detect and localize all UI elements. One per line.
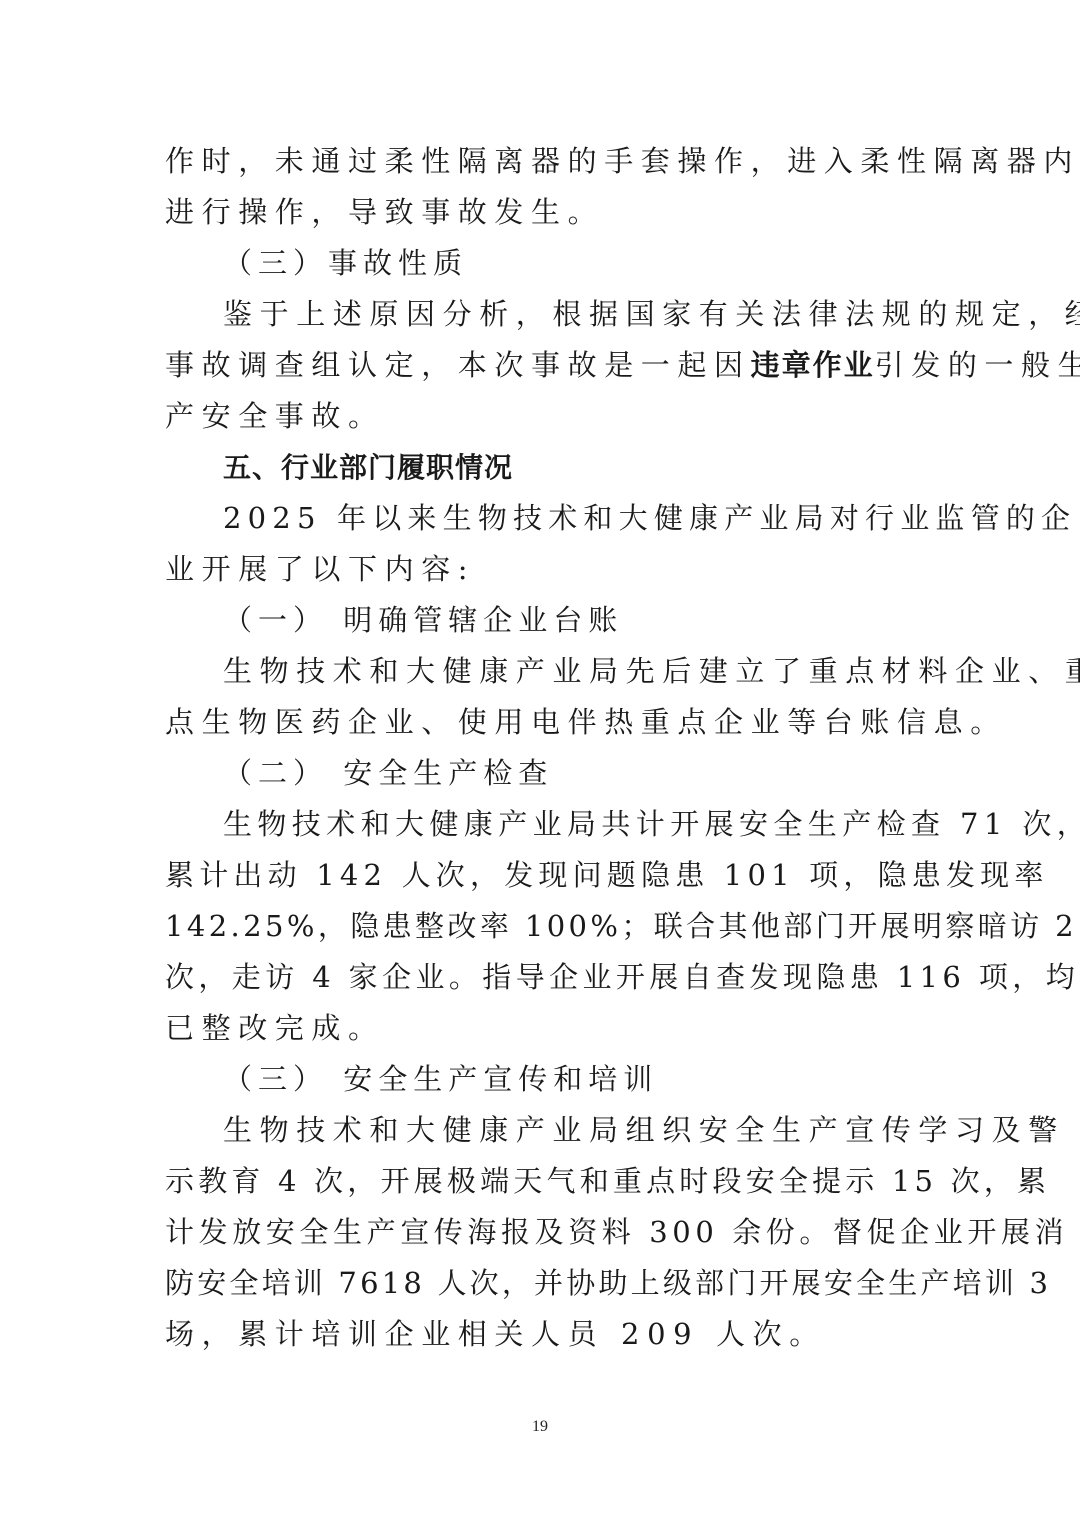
body-text-line: 进行操作，导致事故发生。 [165,187,917,238]
body-text-line: 场，累计培训企业相关人员 209 人次。 [165,1309,917,1360]
body-text-line: 鉴于上述原因分析，根据国家有关法律法规的规定，经 [165,289,917,340]
body-text-line: 产安全事故。 [165,391,917,442]
body-text-line: 防安全培训 7618 人次，并协助上级部门开展安全生产培训 3 [165,1258,917,1309]
body-text-line: 作时，未通过柔性隔离器的手套操作，进入柔性隔离器内部 [165,136,917,187]
document-page: 作时，未通过柔性隔离器的手套操作，进入柔性隔离器内部 进行操作，导致事故发生。 … [165,136,917,1360]
body-text-line: 次，走访 4 家企业。指导企业开展自查发现隐患 116 项，均 [165,952,917,1003]
subsection-heading-ledger: （一） 明确管辖企业台账 [165,595,917,646]
body-text-line: 业开展了以下内容: [165,544,917,595]
body-text-segment: 引发的一般生 [875,348,1080,382]
section-heading: 五、行业部门履职情况 [165,442,917,493]
body-text-line: 点生物医药企业、使用电伴热重点企业等台账信息。 [165,697,917,748]
body-text-line-with-emphasis: 事故调查组认定，本次事故是一起因违章作业引发的一般生 [165,340,917,391]
page-number: 19 [0,1418,1080,1436]
body-text-line: 142.25%，隐患整改率 100%；联合其他部门开展明察暗访 2 [165,901,917,952]
body-text-line: 累计出动 142 人次，发现问题隐患 101 项，隐患发现率 [165,850,917,901]
subsection-heading-inspection: （二） 安全生产检查 [165,748,917,799]
body-text-line: 2025 年以来生物技术和大健康产业局对行业监管的企 [165,493,917,544]
subsection-heading-training: （三） 安全生产宣传和培训 [165,1054,917,1105]
body-text-line: 生物技术和大健康产业局共计开展安全生产检查 71 次， [165,799,917,850]
body-text-line: 已整改完成。 [165,1003,917,1054]
body-text-line: 计发放安全生产宣传海报及资料 300 余份。督促企业开展消 [165,1207,917,1258]
body-text-line: 生物技术和大健康产业局组织安全生产宣传学习及警 [165,1105,917,1156]
subsection-heading-accident-nature: （三）事故性质 [165,238,917,289]
emphasis-text: 违章作业 [751,348,875,382]
body-text-line: 示教育 4 次，开展极端天气和重点时段安全提示 15 次，累 [165,1156,917,1207]
body-text-segment: 事故调查组认定，本次事故是一起因 [165,348,751,382]
body-text-line: 生物技术和大健康产业局先后建立了重点材料企业、重 [165,646,917,697]
